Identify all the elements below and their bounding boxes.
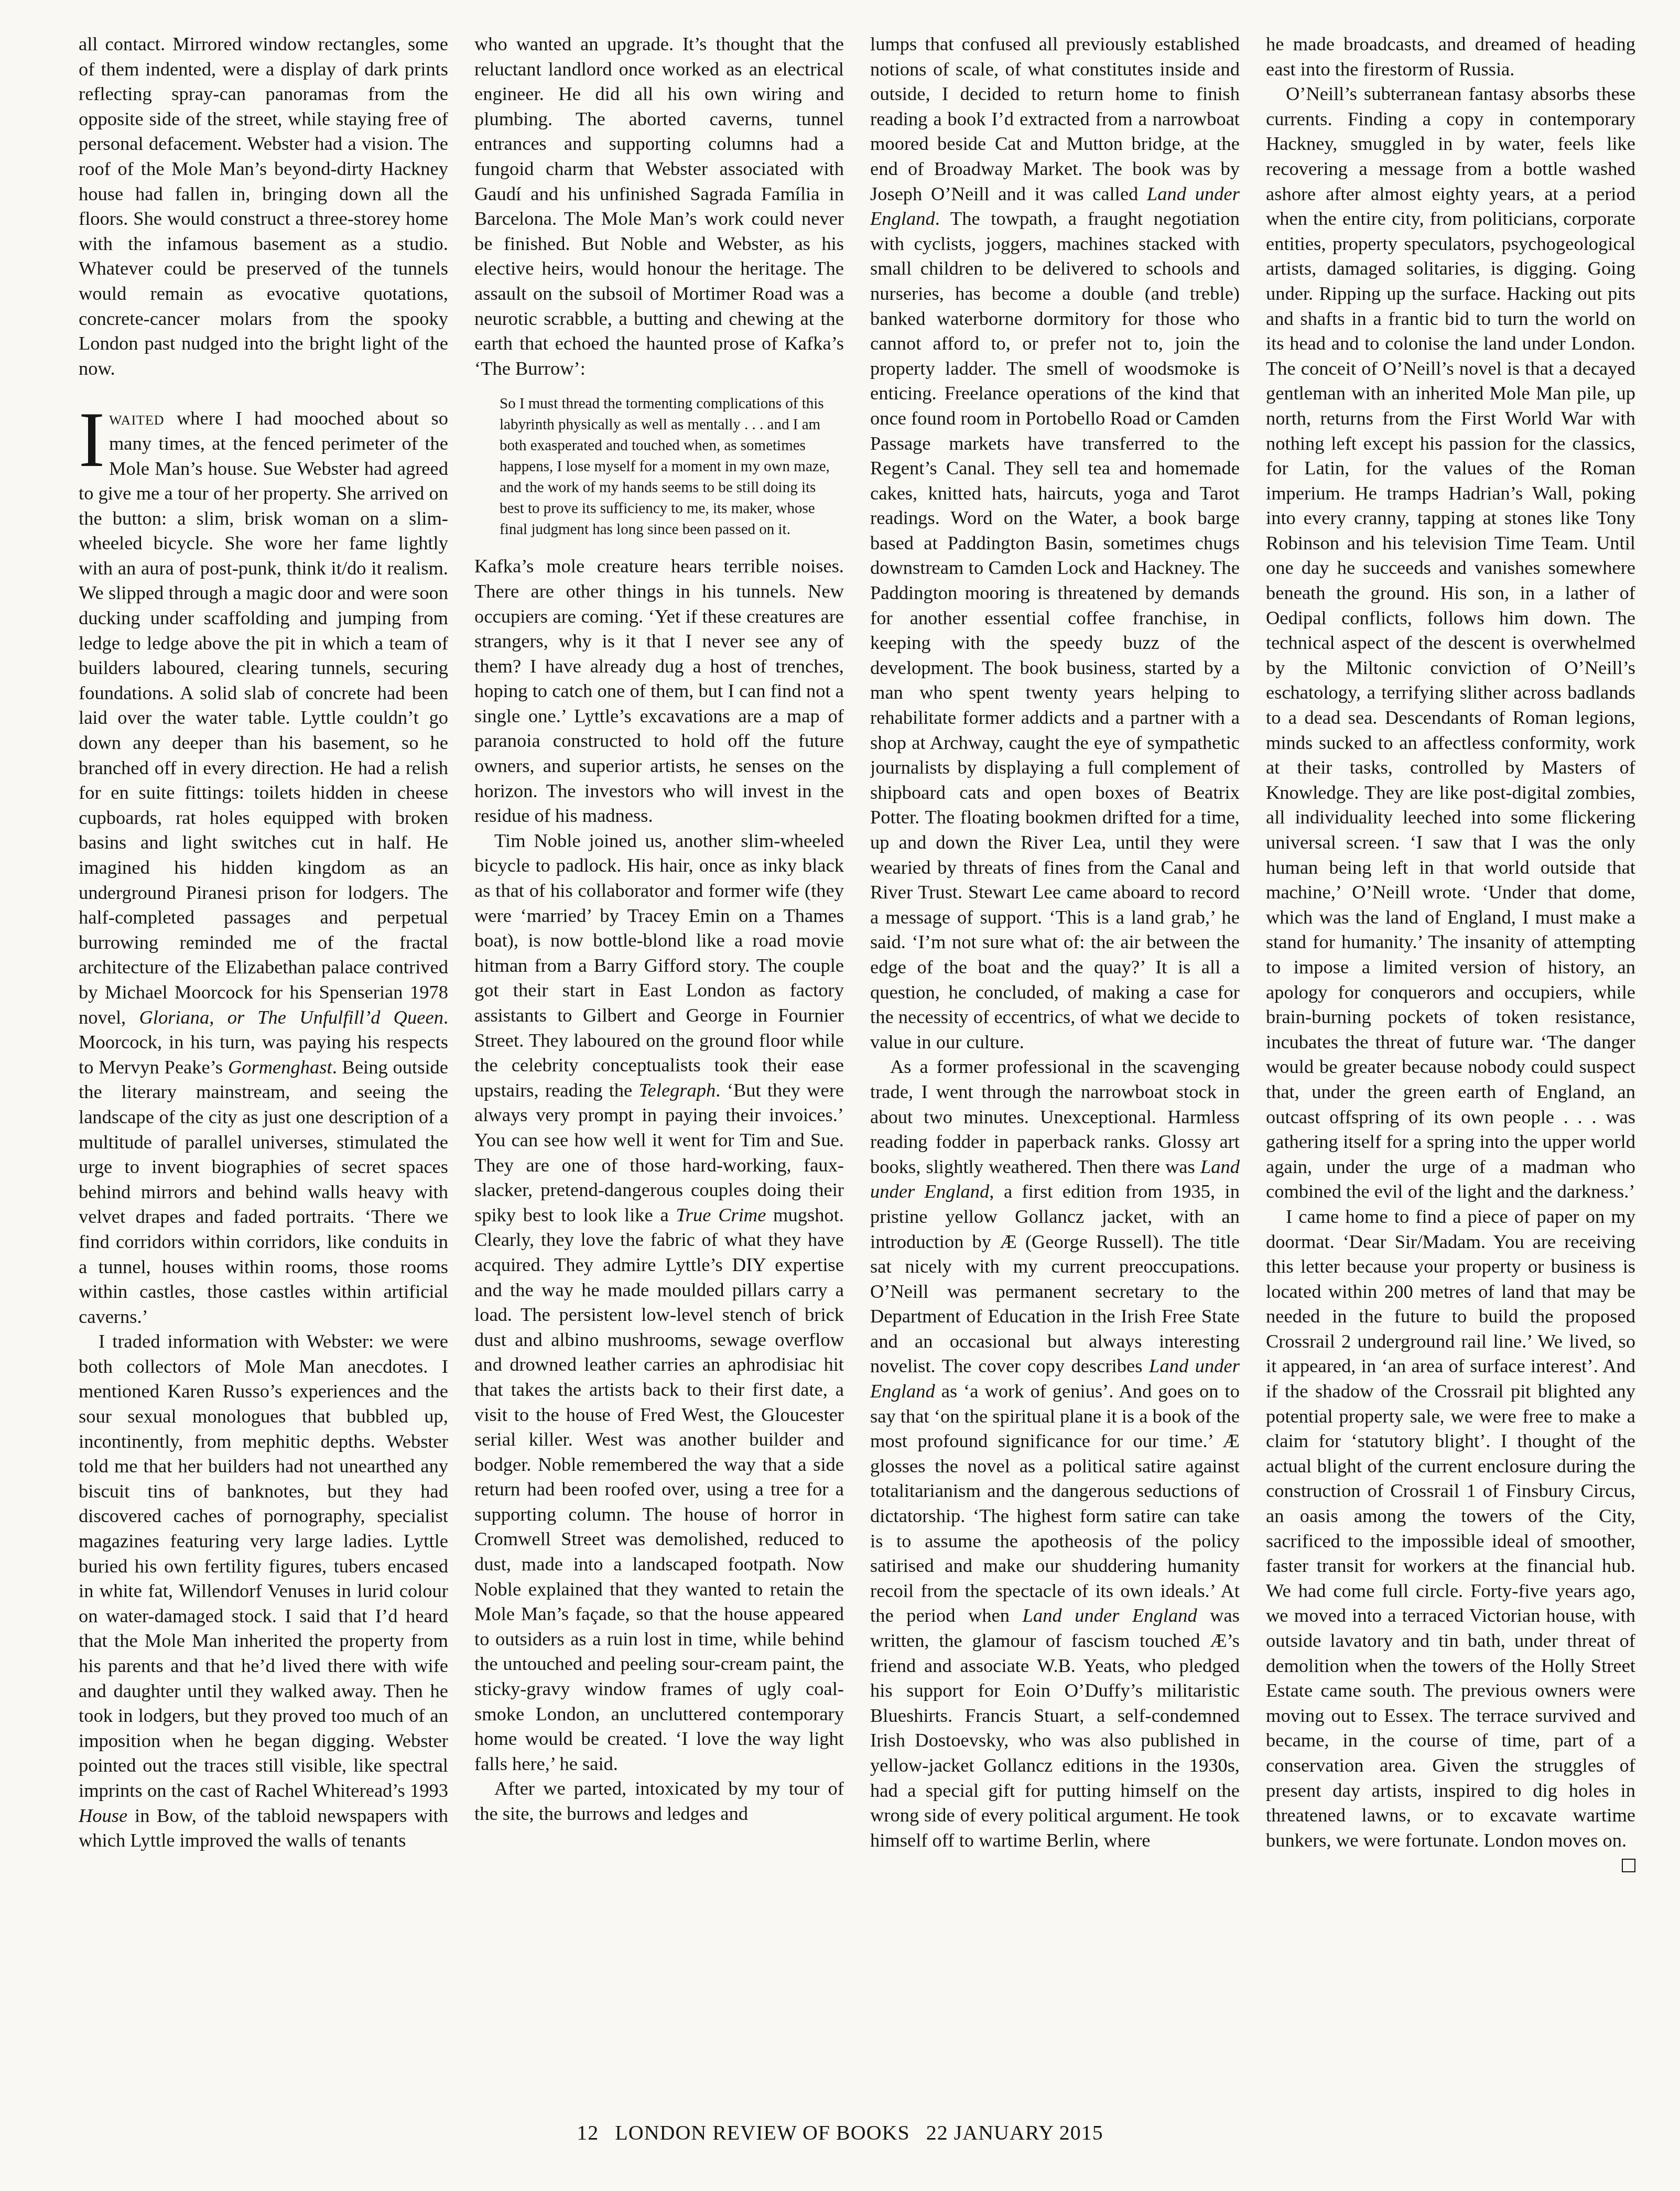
paragraph: he made broadcasts, and dreamed of headi…	[1266, 31, 1635, 81]
text-run: , a first edition from 1935, in pristine…	[870, 1180, 1240, 1376]
paragraph: Kafka’s mole creature hears terrible noi…	[474, 554, 844, 828]
block-quote: So I must thread the tormenting complica…	[500, 393, 844, 540]
end-of-article-square-icon	[1622, 1859, 1635, 1872]
paragraph: lumps that confused all previously estab…	[870, 31, 1240, 1054]
column-1: all contact. Mirrored window rectangles,…	[79, 31, 448, 2060]
artwork-title: House	[79, 1805, 127, 1826]
text-run: mugshot. Clearly, they love the fabric o…	[474, 1204, 844, 1774]
paragraph: all contact. Mirrored window rectangles,…	[79, 31, 448, 381]
paragraph: who wanted an upgrade. It’s thought that…	[474, 31, 844, 381]
newspaper-title: Telegraph	[639, 1079, 716, 1101]
column-3: lumps that confused all previously estab…	[870, 31, 1240, 2060]
column-4: he made broadcasts, and dreamed of headi…	[1266, 31, 1635, 2060]
paragraph: As a former professional in the scavengi…	[870, 1054, 1240, 1852]
paragraph: I traded information with Webster: we we…	[79, 1329, 448, 1852]
page-number: 12	[577, 2121, 599, 2144]
section-opening-paragraph: Iwaited where I had mooched about so man…	[79, 406, 448, 1329]
publication-name: LONDON REVIEW OF BOOKS	[615, 2121, 909, 2144]
magazine-title: True Crime	[676, 1204, 766, 1225]
drop-cap: I	[79, 409, 105, 471]
text-run: . The towpath, a fraught negotiation wit…	[870, 208, 1240, 1053]
text-run: Tim Noble joined us, another slim-wheele…	[474, 830, 844, 1101]
text-run: I traded information with Webster: we we…	[79, 1330, 448, 1801]
text-run: was written, the glamour of fascism touc…	[870, 1604, 1240, 1850]
quote-text: So I must thread the tormenting complica…	[500, 393, 844, 540]
article-page: all contact. Mirrored window rectangles,…	[79, 31, 1614, 2060]
paragraph: After we parted, intoxicated by my tour …	[474, 1776, 844, 1826]
paragraph: Tim Noble joined us, another slim-wheele…	[474, 828, 844, 1776]
text-run: lumps that confused all previously estab…	[870, 33, 1240, 204]
small-caps-lead: waited	[109, 407, 165, 429]
text-run: As a former professional in the scavengi…	[870, 1056, 1240, 1177]
paragraph: O’Neill’s subterranean fantasy absorbs t…	[1266, 81, 1635, 1204]
book-title: Land under England	[1023, 1604, 1197, 1626]
paragraph: I came home to find a piece of paper on …	[1266, 1204, 1635, 1852]
page-footer: 12 LONDON REVIEW OF BOOKS 22 JANUARY 201…	[0, 2120, 1680, 2145]
text-run: I came home to find a piece of paper on …	[1266, 1206, 1635, 1851]
column-2: who wanted an upgrade. It’s thought that…	[474, 31, 844, 2060]
text-run: as ‘a work of genius’. And goes on to sa…	[870, 1380, 1240, 1626]
book-title: Gloriana, or The Unfulfill’d Queen	[139, 1006, 443, 1028]
book-title: Gormenghast	[228, 1056, 332, 1078]
text-run: where I had mooched about so many times,…	[79, 407, 448, 1027]
issue-date: 22 JANUARY 2015	[926, 2121, 1103, 2144]
text-run: in Bow, of the tabloid newspapers with w…	[79, 1805, 448, 1851]
text-run: . Being outside the literary mainstream,…	[79, 1056, 448, 1327]
